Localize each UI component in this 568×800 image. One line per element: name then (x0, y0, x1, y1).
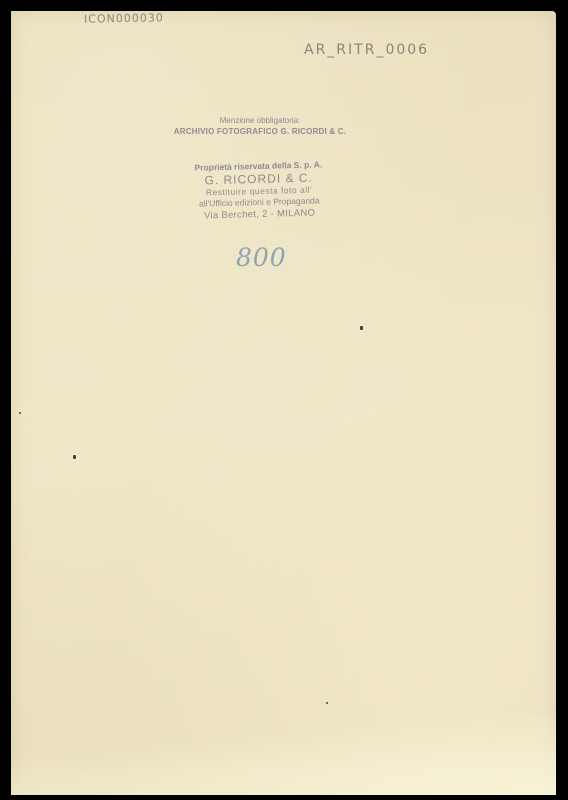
credit-stamp: Menzione obbligatoria: ARCHIVIO FOTOGRAF… (160, 115, 360, 137)
catalog-id-annotation: ICON000030 (84, 11, 164, 25)
ownership-stamp: Proprietà riservata della S. p. A. G. RI… (163, 158, 355, 224)
handwritten-number: 800 (236, 243, 287, 272)
archive-reference-annotation: AR_RITR_0006 (304, 42, 429, 58)
paper-speck (360, 326, 363, 330)
paper-speck (326, 702, 328, 704)
water-stain (11, 715, 556, 795)
paper-speck (73, 455, 76, 459)
paper-speck (19, 412, 21, 414)
credit-stamp-line-1: Menzione obbligatoria: (160, 115, 360, 126)
credit-stamp-line-2: ARCHIVIO FOTOGRAFICO G. RICORDI & C. (160, 126, 360, 137)
